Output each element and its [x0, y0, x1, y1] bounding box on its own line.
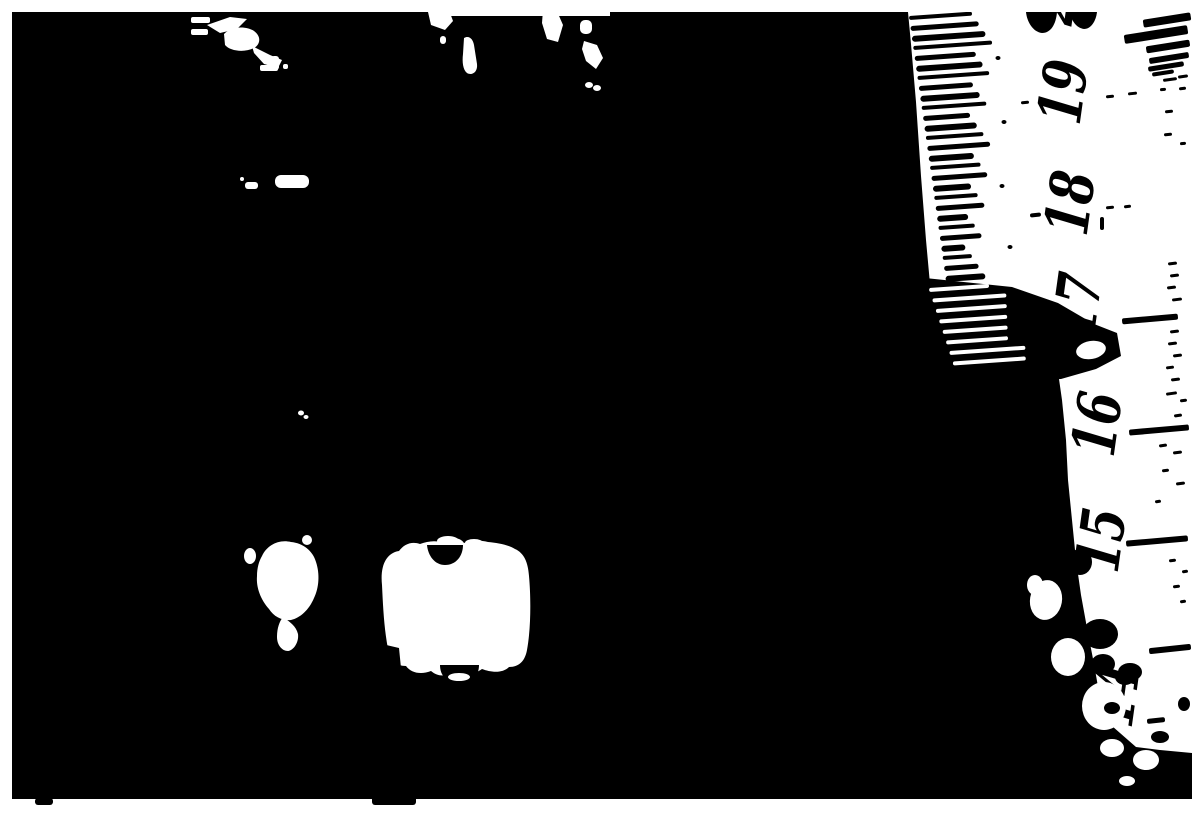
noise-patch-white	[1133, 750, 1159, 770]
noise-speck-black	[1091, 654, 1115, 674]
noise-speck-black	[1151, 731, 1169, 743]
stray-dot	[1008, 245, 1013, 249]
stray-dot	[1002, 120, 1007, 124]
noise-patch-white	[1119, 776, 1135, 786]
noise-speck-black	[1082, 619, 1118, 649]
binarized-photo: 20191817161514	[0, 0, 1204, 814]
top-edge-sliver	[430, 12, 610, 16]
opening-slot-inner	[448, 673, 470, 681]
ruler-number-16: 16	[1059, 387, 1137, 460]
noise-speck-black	[1104, 702, 1120, 714]
ruler-edge-tick	[1100, 217, 1104, 230]
ruler-number-19: 19	[1025, 55, 1103, 128]
stray-dot	[1000, 184, 1005, 188]
stray-dot	[996, 56, 1001, 60]
noise-speck-black	[1178, 697, 1190, 711]
ruler-number-18: 18	[1032, 166, 1110, 239]
highlight-opening-large	[382, 536, 531, 683]
margin-speck	[372, 796, 416, 805]
noise-patch-white	[1100, 739, 1124, 757]
noise-patch-white	[1051, 638, 1085, 676]
noise-speck-black	[1068, 549, 1092, 575]
noise-speck-black	[1115, 669, 1135, 685]
page: 20191817161514	[0, 0, 1204, 814]
margin-speck	[35, 798, 53, 805]
